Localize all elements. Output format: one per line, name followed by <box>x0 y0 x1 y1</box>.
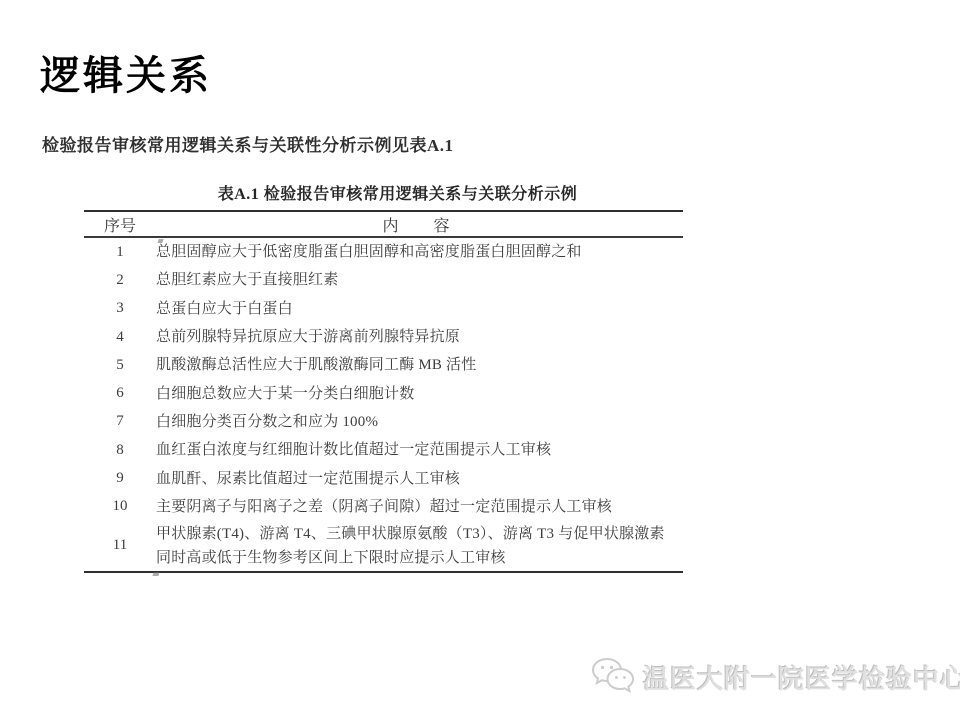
wechat-logo-icon <box>590 656 636 698</box>
table-caption: 表A.1 检验报告审核常用逻辑关系与关联分析示例 <box>84 184 683 210</box>
row-index: 1 <box>84 244 156 261</box>
row-content: 总前列腺特异抗原应大于游离前列腺特异抗原 <box>156 325 683 349</box>
column-header-content: 内 容 <box>156 213 683 236</box>
row-content: 白细胞总数应大于某一分类白细胞计数 <box>156 382 683 406</box>
row-index: 4 <box>84 329 156 346</box>
row-index: 9 <box>84 470 156 487</box>
table-row: 3总蛋白应大于白蛋白 <box>84 295 683 323</box>
table-header-row: 序号 内 容 <box>84 210 683 238</box>
table-row: 6白细胞总数应大于某一分类白细胞计数 <box>84 379 683 407</box>
table-row: 2总胆红素应大于直接胆红素 <box>84 266 683 294</box>
row-content: 总胆红素应大于直接胆红素 <box>156 268 683 292</box>
slide-title: 逻辑关系 <box>40 44 212 101</box>
table-row: 4总前列腺特异抗原应大于游离前列腺特异抗原 <box>84 323 683 351</box>
row-index: 5 <box>84 357 156 374</box>
watermark: 温医大附一院医学检验中心 <box>590 656 960 698</box>
row-index: 7 <box>84 413 156 430</box>
row-content: 血红蛋白浓度与红细胞计数比值超过一定范围提示人工审核 <box>156 438 683 462</box>
row-index: 6 <box>84 385 156 402</box>
row-index: 11 <box>84 537 156 554</box>
column-header-index: 序号 <box>84 213 156 236</box>
table-a1: 表A.1 检验报告审核常用逻辑关系与关联分析示例 序号 内 容 1总胆固醇应大于… <box>84 184 683 573</box>
row-content: 总胆固醇应大于低密度脂蛋白胆固醇和高密度脂蛋白胆固醇之和 <box>156 240 683 264</box>
watermark-text: 温医大附一院医学检验中心 <box>643 659 960 696</box>
intro-text: 检验报告审核常用逻辑关系与关联性分析示例见表A.1 <box>42 131 454 156</box>
row-index: 10 <box>84 498 156 515</box>
table-body: 1总胆固醇应大于低密度脂蛋白胆固醇和高密度脂蛋白胆固醇之和2总胆红素应大于直接胆… <box>84 238 683 573</box>
row-index: 2 <box>84 272 156 289</box>
scan-artifact <box>152 572 159 576</box>
row-index: 8 <box>84 442 156 459</box>
row-index: 3 <box>84 300 156 317</box>
row-content: 肌酸激酶总活性应大于肌酸激酶同工酶 MB 活性 <box>156 353 683 377</box>
table-row: 1总胆固醇应大于低密度脂蛋白胆固醇和高密度脂蛋白胆固醇之和 <box>84 238 683 266</box>
table-row: 7白细胞分类百分数之和应为 100% <box>84 408 683 436</box>
table-row: 9血肌酐、尿素比值超过一定范围提示人工审核 <box>84 464 683 492</box>
row-content: 血肌酐、尿素比值超过一定范围提示人工审核 <box>156 467 683 491</box>
row-content: 主要阴离子与阳离子之差（阴离子间隙）超过一定范围提示人工审核 <box>156 495 683 519</box>
row-content: 甲状腺素(T4)、游离 T4、三碘甲状腺原氨酸（T3）、游离 T3 与促甲状腺激… <box>156 522 683 570</box>
table-row: 11甲状腺素(T4)、游离 T4、三碘甲状腺原氨酸（T3）、游离 T3 与促甲状… <box>84 521 683 571</box>
row-content: 白细胞分类百分数之和应为 100% <box>156 410 683 434</box>
table-row: 8血红蛋白浓度与红细胞计数比值超过一定范围提示人工审核 <box>84 436 683 464</box>
row-content: 总蛋白应大于白蛋白 <box>156 297 683 321</box>
table-row: 10主要阴离子与阳离子之差（阴离子间隙）超过一定范围提示人工审核 <box>84 493 683 521</box>
table-row: 5肌酸激酶总活性应大于肌酸激酶同工酶 MB 活性 <box>84 351 683 379</box>
